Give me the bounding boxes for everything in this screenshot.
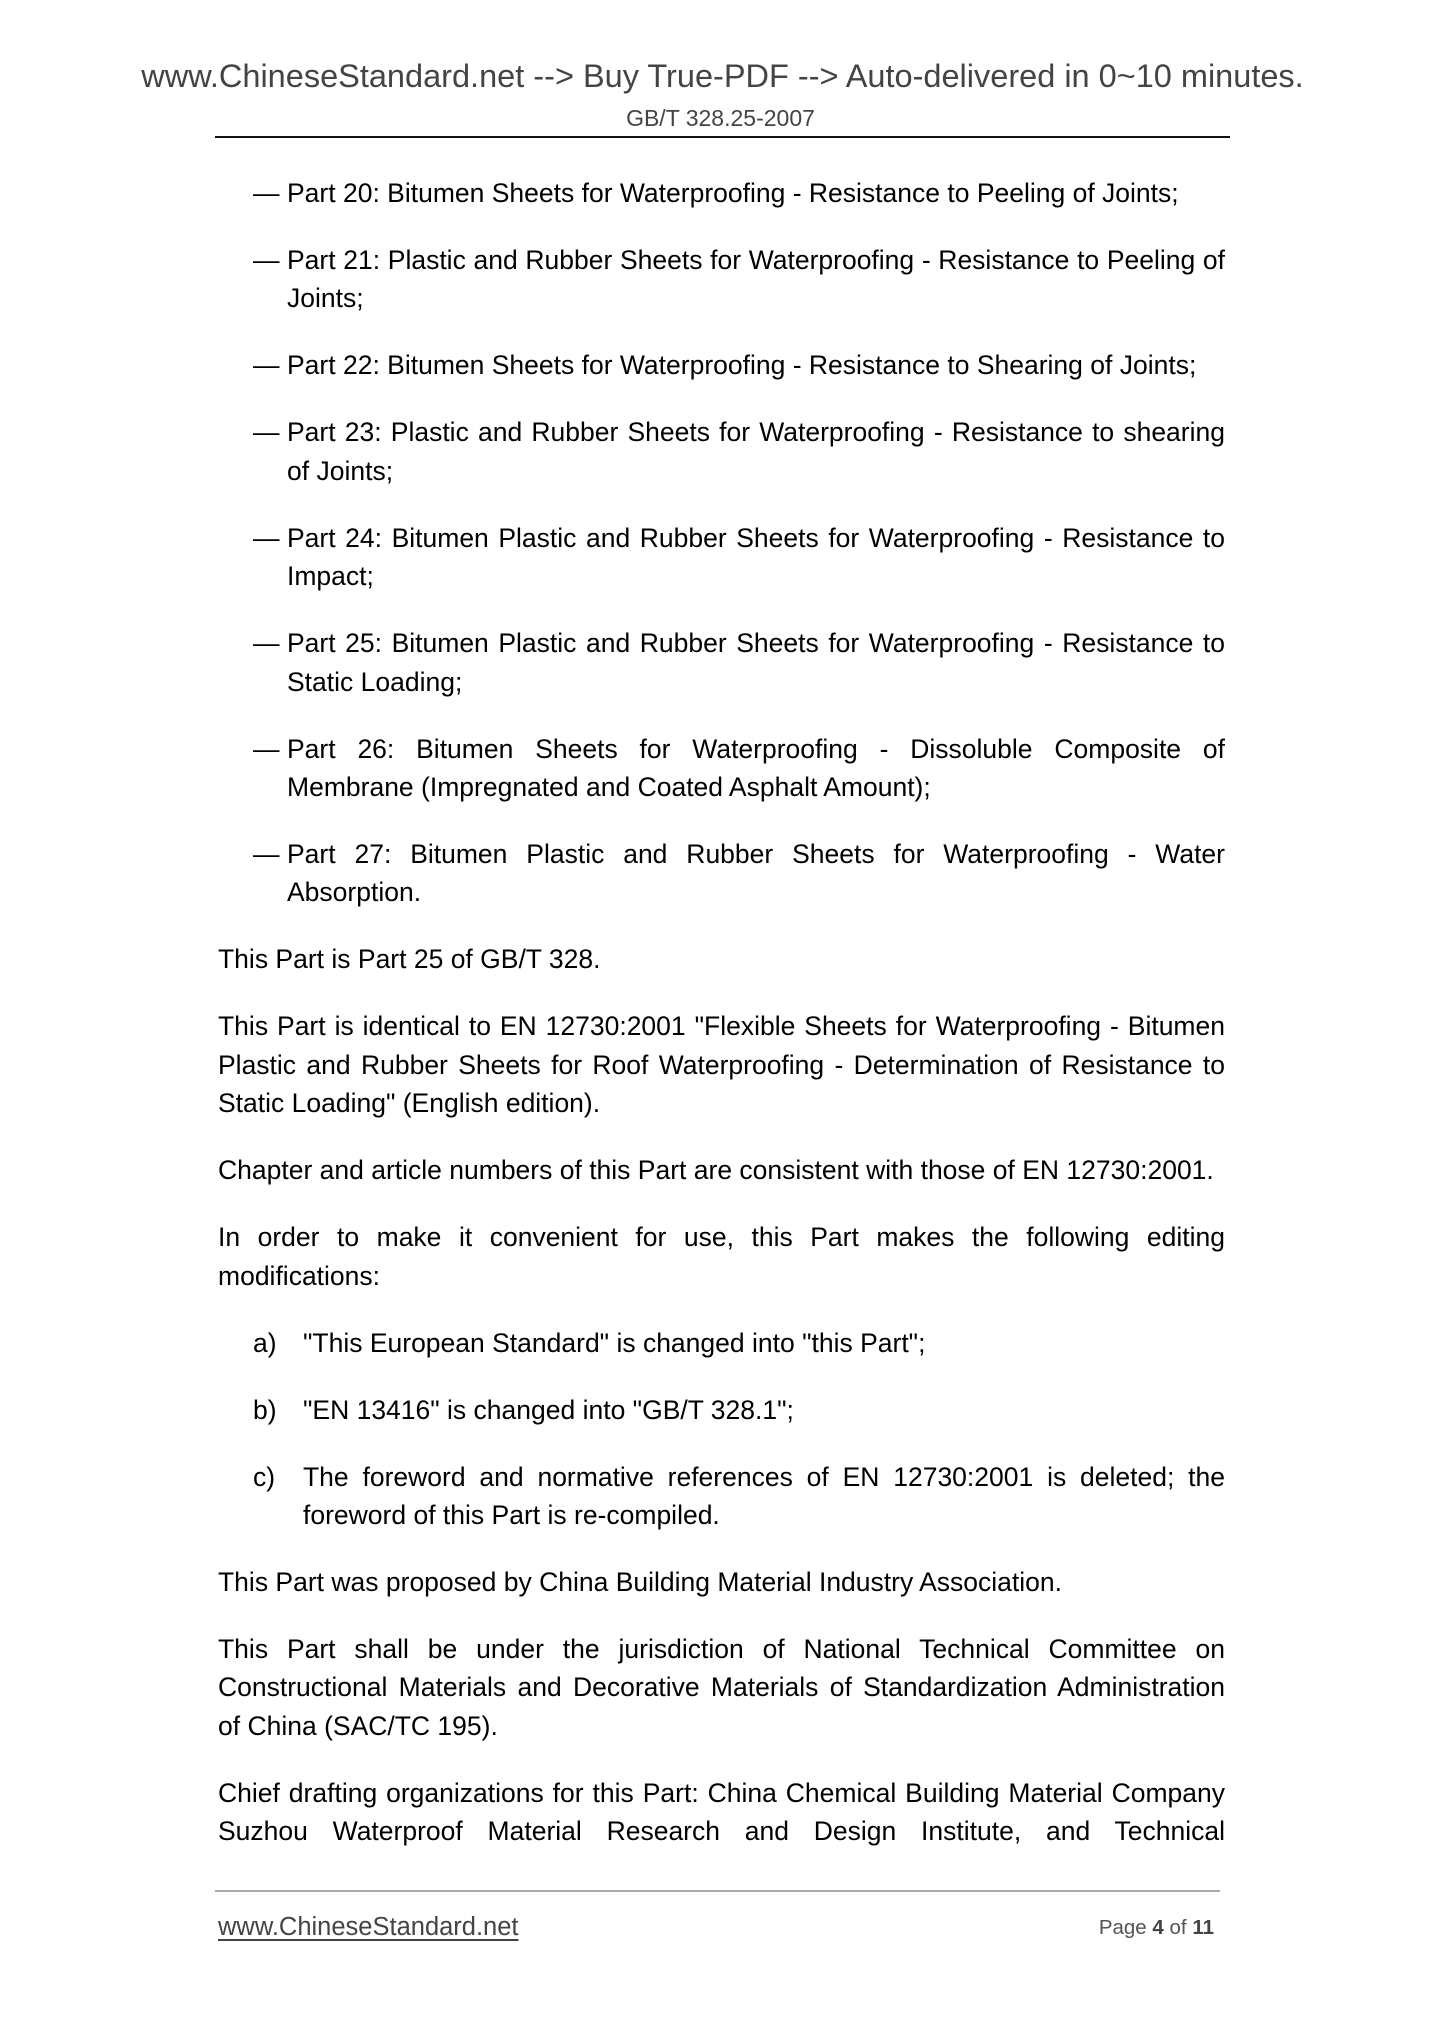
modification-item-a: a) "This European Standard" is changed i… xyxy=(218,1324,1225,1362)
letter-marker: b) xyxy=(253,1391,277,1429)
header-divider xyxy=(215,136,1230,138)
paragraph-identical: This Part is identical to EN 12730:2001 … xyxy=(218,1007,1225,1122)
list-item-part-22: — Part 22: Bitumen Sheets for Waterproof… xyxy=(218,346,1225,384)
list-item-text: Part 21: Plastic and Rubber Sheets for W… xyxy=(287,245,1225,313)
document-body: — Part 20: Bitumen Sheets for Waterproof… xyxy=(218,174,1225,1879)
page-indicator: Page 4 of 11 xyxy=(1099,1915,1214,1941)
list-item-part-23: — Part 23: Plastic and Rubber Sheets for… xyxy=(218,413,1225,490)
list-item-part-27: — Part 27: Bitumen Plastic and Rubber Sh… xyxy=(218,835,1225,912)
page-label: Page xyxy=(1099,1916,1147,1939)
list-item-text: Part 20: Bitumen Sheets for Waterproofin… xyxy=(287,178,1179,208)
list-item-text: Part 23: Plastic and Rubber Sheets for W… xyxy=(287,417,1225,485)
dash-bullet: — xyxy=(253,174,280,212)
dash-bullet: — xyxy=(253,346,280,384)
page-total: 11 xyxy=(1192,1916,1214,1939)
paragraph-jurisdiction: This Part shall be under the jurisdictio… xyxy=(218,1630,1225,1745)
modification-text: The foreword and normative references of… xyxy=(303,1462,1225,1530)
footer-divider xyxy=(215,1890,1220,1892)
dash-bullet: — xyxy=(253,413,280,451)
page-of-label: of xyxy=(1170,1916,1187,1939)
dash-bullet: — xyxy=(253,835,280,873)
letter-marker: c) xyxy=(253,1458,275,1496)
modification-item-c: c) The foreword and normative references… xyxy=(218,1458,1225,1535)
list-item-text: Part 26: Bitumen Sheets for Waterproofin… xyxy=(287,734,1225,802)
list-item-text: Part 25: Bitumen Plastic and Rubber Shee… xyxy=(287,628,1225,696)
list-item-part-21: — Part 21: Plastic and Rubber Sheets for… xyxy=(218,241,1225,318)
modification-text: "EN 13416" is changed into "GB/T 328.1"; xyxy=(303,1395,794,1425)
footer-website-link[interactable]: www.ChineseStandard.net xyxy=(218,1912,519,1942)
letter-marker: a) xyxy=(253,1324,277,1362)
list-item-part-24: — Part 24: Bitumen Plastic and Rubber Sh… xyxy=(218,519,1225,596)
paragraph-modifications-intro: In order to make it convenient for use, … xyxy=(218,1218,1225,1295)
paragraph-chapter: Chapter and article numbers of this Part… xyxy=(218,1151,1225,1189)
list-item-text: Part 24: Bitumen Plastic and Rubber Shee… xyxy=(287,523,1225,591)
paragraph-part-of: This Part is Part 25 of GB/T 328. xyxy=(218,940,1225,978)
list-item-text: Part 27: Bitumen Plastic and Rubber Shee… xyxy=(287,839,1225,907)
dash-bullet: — xyxy=(253,730,280,768)
list-item-part-25: — Part 25: Bitumen Plastic and Rubber Sh… xyxy=(218,624,1225,701)
header-banner: www.ChineseStandard.net --> Buy True-PDF… xyxy=(0,56,1445,96)
list-item-part-26: — Part 26: Bitumen Sheets for Waterproof… xyxy=(218,730,1225,807)
standard-code: GB/T 328.25-2007 xyxy=(0,104,1441,132)
modification-item-b: b) "EN 13416" is changed into "GB/T 328.… xyxy=(218,1391,1225,1429)
paragraph-proposed: This Part was proposed by China Building… xyxy=(218,1563,1225,1601)
dash-bullet: — xyxy=(253,241,280,279)
paragraph-drafting: Chief drafting organizations for this Pa… xyxy=(218,1774,1225,1851)
dash-bullet: — xyxy=(253,519,280,557)
list-item-text: Part 22: Bitumen Sheets for Waterproofin… xyxy=(287,350,1196,380)
page-current: 4 xyxy=(1152,1916,1163,1939)
modification-text: "This European Standard" is changed into… xyxy=(303,1328,925,1358)
dash-bullet: — xyxy=(253,624,280,662)
list-item-part-20: — Part 20: Bitumen Sheets for Waterproof… xyxy=(218,174,1225,212)
